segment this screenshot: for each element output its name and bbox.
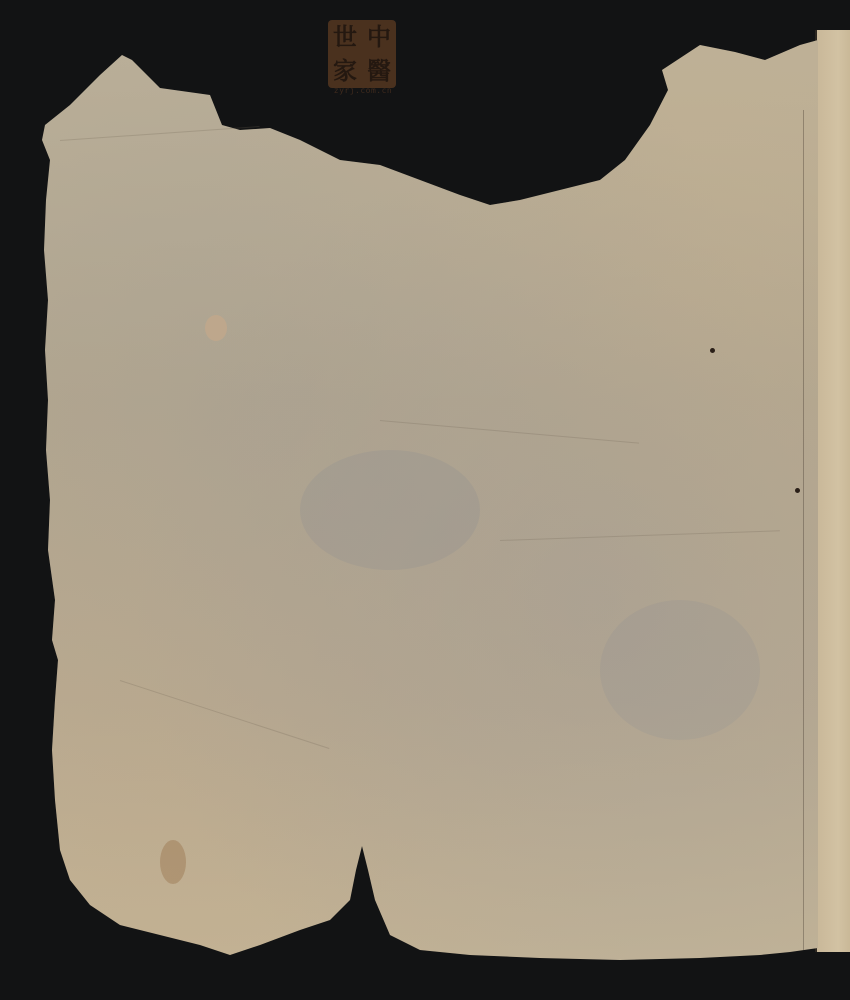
- paper-stain: [600, 600, 760, 740]
- seal-char: 中: [367, 25, 391, 49]
- watermark-seal: 世 中 家 醫: [328, 20, 396, 88]
- paper-stain: [300, 450, 480, 570]
- adjacent-page-edge: [815, 30, 850, 952]
- paper-stain: [710, 348, 715, 353]
- seal-char: 醫: [367, 59, 391, 83]
- paper-stain: [205, 315, 227, 341]
- seal-char: 世: [333, 25, 357, 49]
- paper-stain: [160, 840, 186, 884]
- paper-stain: [795, 488, 800, 493]
- watermark-url: zyrj.com.cn: [322, 86, 404, 95]
- page-fold-line: [803, 110, 804, 950]
- scan-canvas: 世 中 家 醫 zyrj.com.cn: [0, 0, 850, 1000]
- seal-char: 家: [333, 59, 357, 83]
